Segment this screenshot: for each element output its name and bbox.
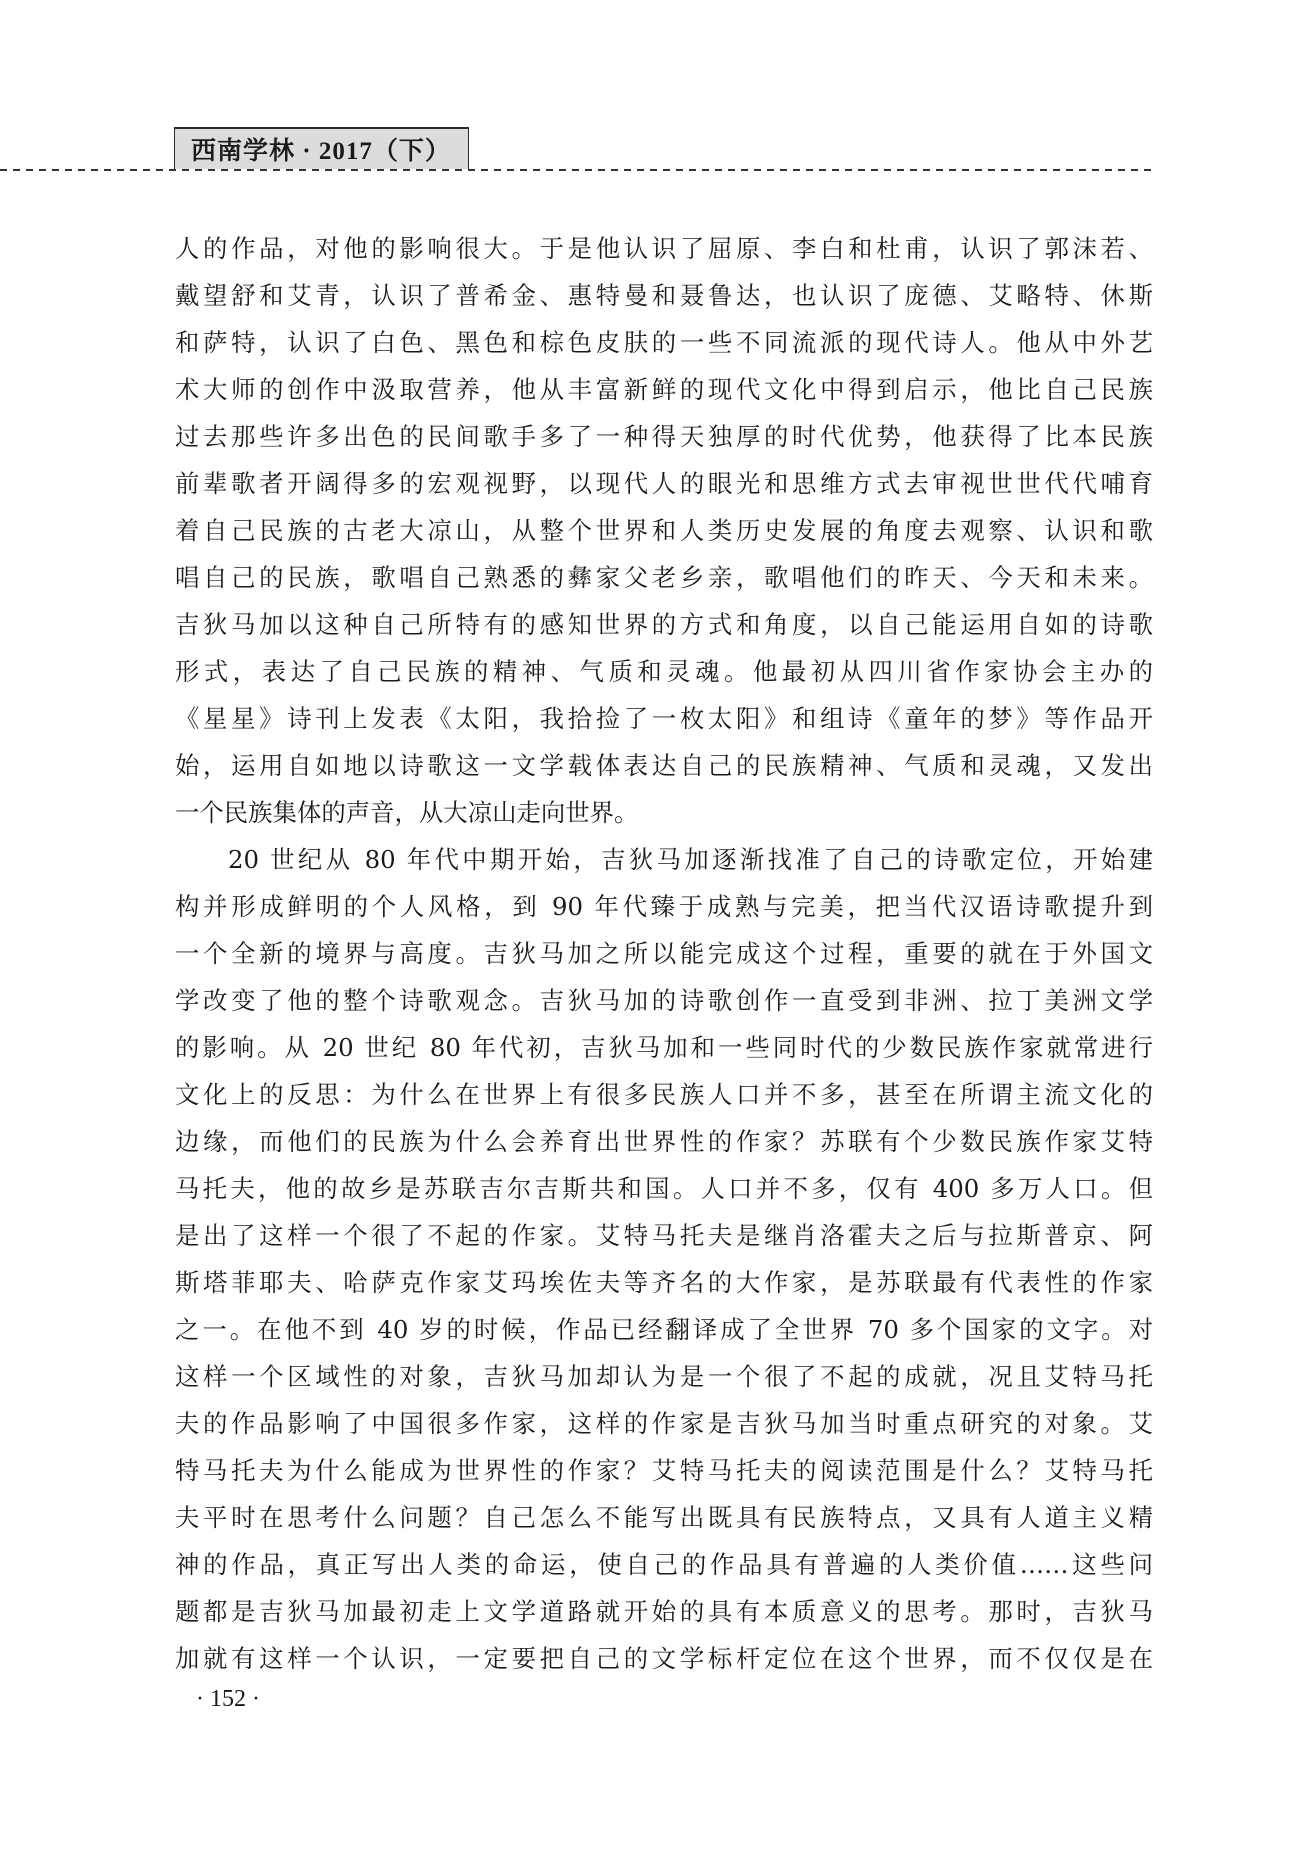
text-line: 人的作品，对他的影响很大。于是他认识了屈原、李白和杜甫，认识了郭沫若、	[175, 230, 1153, 277]
text-line: 题都是吉狄马加最初走上文学道路就开始的具有本质意义的思考。那时，吉狄马	[175, 1593, 1153, 1640]
text-line: 唱自己的民族，歌唱自己熟悉的彝家父老乡亲，歌唱他们的昨天、今天和未来。	[175, 559, 1153, 606]
text-line: 20 世纪从 80 年代中期开始，吉狄马加逐渐找准了自己的诗歌定位，开始建	[175, 841, 1153, 888]
journal-title: 西南学林 · 2017（下）	[191, 131, 451, 167]
text-line: 的影响。从 20 世纪 80 年代初，吉狄马加和一些同时代的少数民族作家就常进行	[175, 1029, 1153, 1076]
text-line: 构并形成鲜明的个人风格，到 90 年代臻于成熟与完美，把当代汉语诗歌提升到	[175, 888, 1153, 935]
text-line: 斯塔菲耶夫、哈萨克作家艾玛埃佐夫等齐名的大作家，是苏联最有代表性的作家	[175, 1264, 1153, 1311]
text-line: 一个民族集体的声音，从大凉山走向世界。	[175, 794, 1153, 841]
text-line: 学改变了他的整个诗歌观念。吉狄马加的诗歌创作一直受到非洲、拉丁美洲文学	[175, 982, 1153, 1029]
running-head: 西南学林 · 2017（下）	[174, 127, 469, 169]
text-line: 之一。在他不到 40 岁的时候，作品已经翻译成了全世界 70 多个国家的文字。对	[175, 1311, 1153, 1358]
text-line: 前辈歌者开阔得多的宏观视野，以现代人的眼光和思维方式去审视世世代代哺育	[175, 465, 1153, 512]
header-dashed-rule	[0, 169, 1153, 171]
paragraph-1: 人的作品，对他的影响很大。于是他认识了屈原、李白和杜甫，认识了郭沫若、 戴望舒和…	[175, 230, 1153, 841]
text-line: 和萨特，认识了白色、黑色和棕色皮肤的一些不同流派的现代诗人。他从中外艺	[175, 324, 1153, 371]
text-line: 《星星》诗刊上发表《太阳，我拾捡了一枚太阳》和组诗《童年的梦》等作品开	[175, 700, 1153, 747]
text-line: 是出了这样一个很了不起的作家。艾特马托夫是继肖洛霍夫之后与拉斯普京、阿	[175, 1217, 1153, 1264]
text-line: 特马托夫为什么能成为世界性的作家？艾特马托夫的阅读范围是什么？艾特马托	[175, 1452, 1153, 1499]
text-line: 术大师的创作中汲取营养，他从丰富新鲜的现代文化中得到启示，他比自己民族	[175, 371, 1153, 418]
text-line: 夫的作品影响了中国很多作家，这样的作家是吉狄马加当时重点研究的对象。艾	[175, 1405, 1153, 1452]
text-line: 戴望舒和艾青，认识了普希金、惠特曼和聂鲁达，也认识了庞德、艾略特、休斯	[175, 277, 1153, 324]
text-line: 着自己民族的古老大凉山，从整个世界和人类历史发展的角度去观察、认识和歌	[175, 512, 1153, 559]
text-line: 吉狄马加以这种自己所特有的感知世界的方式和角度，以自己能运用自如的诗歌	[175, 606, 1153, 653]
text-line: 边缘，而他们的民族为什么会养育出世界性的作家？苏联有个少数民族作家艾特	[175, 1123, 1153, 1170]
text-line: 加就有这样一个认识，一定要把自己的文学标杆定位在这个世界，而不仅仅是在	[175, 1640, 1153, 1687]
text-line: 马托夫，他的故乡是苏联吉尔吉斯共和国。人口并不多，仅有 400 多万人口。但	[175, 1170, 1153, 1217]
text-line: 一个全新的境界与高度。吉狄马加之所以能完成这个过程，重要的就在于外国文	[175, 935, 1153, 982]
text-line: 文化上的反思：为什么在世界上有很多民族人口并不多，甚至在所谓主流文化的	[175, 1076, 1153, 1123]
text-line: 这样一个区域性的对象，吉狄马加却认为是一个很了不起的成就，况且艾特马托	[175, 1358, 1153, 1405]
page-number: · 152 ·	[196, 1686, 260, 1713]
text-line: 夫平时在思考什么问题？自己怎么不能写出既具有民族特点，又具有人道主义精	[175, 1499, 1153, 1546]
text-line: 过去那些许多出色的民间歌手多了一种得天独厚的时代优势，他获得了比本民族	[175, 418, 1153, 465]
text-line: 始，运用自如地以诗歌这一文学载体表达自己的民族精神、气质和灵魂，又发出	[175, 747, 1153, 794]
text-line: 形式，表达了自己民族的精神、气质和灵魂。他最初从四川省作家协会主办的	[175, 653, 1153, 700]
body-text: 人的作品，对他的影响很大。于是他认识了屈原、李白和杜甫，认识了郭沫若、 戴望舒和…	[175, 230, 1153, 1687]
text-line: 神的作品，真正写出人类的命运，使自己的作品具有普遍的人类价值……这些问	[175, 1546, 1153, 1593]
paragraph-2: 20 世纪从 80 年代中期开始，吉狄马加逐渐找准了自己的诗歌定位，开始建 构并…	[175, 841, 1153, 1687]
